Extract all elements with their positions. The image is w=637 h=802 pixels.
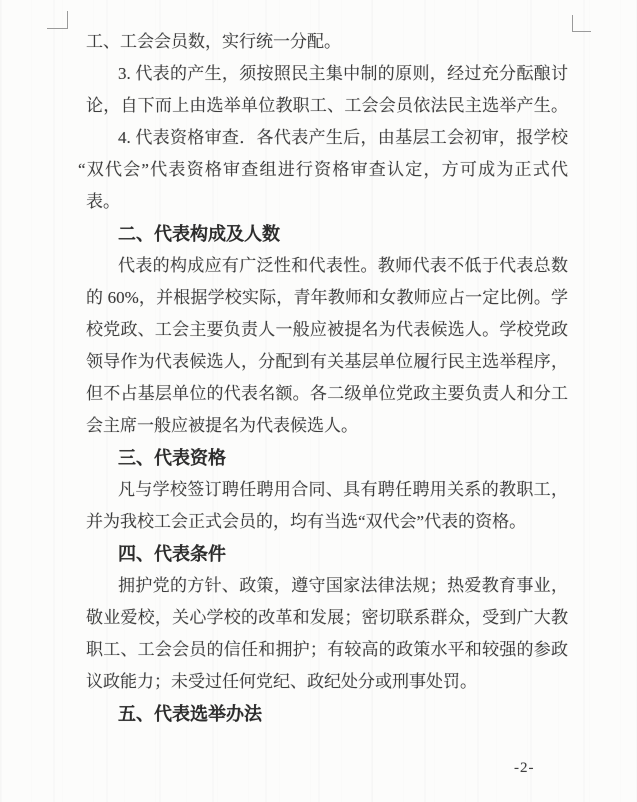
text-line: “双代会”代表资格审查组进行资格审查认定，方可成为正式代 bbox=[78, 154, 568, 186]
text-line: 会主席一般应被提名为代表候选人。 bbox=[86, 410, 568, 442]
section-heading: 五、代表选举办法 bbox=[86, 698, 568, 730]
crop-mark-top-left-icon bbox=[47, 11, 68, 29]
section-heading: 三、代表资格 bbox=[86, 442, 568, 474]
text-line: 代表的构成应有广泛性和代表性。教师代表不低于代表总数 bbox=[86, 250, 568, 282]
text-line: 4. 代表资格审查．各代表产生后，由基层工会初审，报学校 bbox=[86, 122, 568, 154]
text-line: 3. 代表的产生，须按照民主集中制的原则，经过充分酝酿讨 bbox=[86, 58, 568, 90]
text-line: 领导作为代表候选人，分配到有关基层单位履行民主选举程序， bbox=[86, 346, 568, 378]
page-number: -2- bbox=[514, 760, 535, 777]
document-page: 工、工会会员数，实行统一分配。3. 代表的产生，须按照民主集中制的原则，经过充分… bbox=[0, 0, 637, 802]
text-line: 并为我校工会正式会员的，均有当选“双代会”代表的资格。 bbox=[86, 506, 568, 538]
text-line: 工、工会会员数，实行统一分配。 bbox=[86, 26, 568, 58]
text-line: 论，自下而上由选举单位教职工、工会会员依法民主选举产生。 bbox=[86, 90, 568, 122]
section-heading: 四、代表条件 bbox=[86, 538, 568, 570]
text-line: 表。 bbox=[86, 186, 568, 218]
text-line: 凡与学校签订聘任聘用合同、具有聘任聘用关系的教职工， bbox=[86, 474, 568, 506]
text-line: 职工、工会会员的信任和拥护；有较高的政策水平和较强的参政 bbox=[86, 634, 568, 666]
document-text: 工、工会会员数，实行统一分配。3. 代表的产生，须按照民主集中制的原则，经过充分… bbox=[86, 26, 568, 730]
crop-mark-top-right-icon bbox=[572, 15, 591, 32]
text-line: 但不占基层单位的代表名额。各二级单位党政主要负责人和分工 bbox=[86, 378, 568, 410]
text-line: 敬业爱校，关心学校的改革和发展；密切联系群众，受到广大教 bbox=[86, 602, 568, 634]
text-line: 校党政、工会主要负责人一般应被提名为代表候选人。学校党政 bbox=[86, 314, 568, 346]
text-line: 拥护党的方针、政策，遵守国家法律法规；热爱教育事业， bbox=[86, 570, 568, 602]
section-heading: 二、代表构成及人数 bbox=[86, 218, 568, 250]
text-line: 议政能力；未受过任何党纪、政纪处分或刑事处罚。 bbox=[86, 666, 568, 698]
text-line: 的 60%，并根据学校实际，青年教师和女教师应占一定比例。学 bbox=[86, 282, 568, 314]
